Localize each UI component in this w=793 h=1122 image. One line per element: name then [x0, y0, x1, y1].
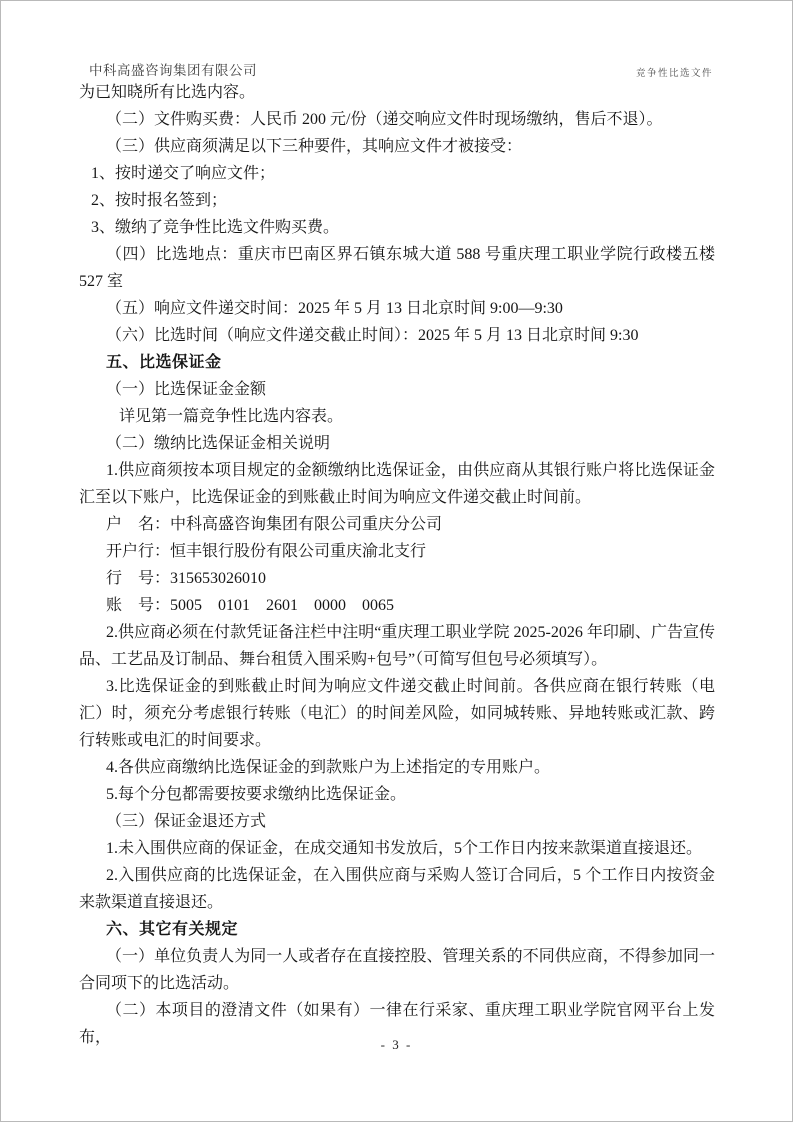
clause-item-6-selection-time: （六）比选时间（响应文件递交截止时间）：2025 年 5 月 13 日北京时间 … — [79, 322, 715, 349]
body-paragraph-continuation: 为已知晓所有比选内容。 — [79, 79, 715, 106]
deposit-note-3: 3.比选保证金的到账截止时间为响应文件递交截止时间前。各供应商在银行转账（电汇）… — [79, 673, 715, 754]
section-heading-5-deposit: 五、比选保证金 — [79, 349, 715, 376]
other-rule-1: （一）单位负责人为同一人或者存在直接控股、管理关系的不同供应商，不得参加同一合同… — [79, 943, 715, 997]
bank-branch-line: 开户行：恒丰银行股份有限公司重庆渝北支行 — [79, 538, 715, 565]
subclause-1-deposit-amount: （一）比选保证金金额 — [79, 376, 715, 403]
bank-number-line: 行 号：315653026010 — [79, 565, 715, 592]
clause-item-2-document-fee: （二）文件购买费：人民币 200 元/份（递交响应文件时现场缴纳，售后不退）。 — [79, 106, 715, 133]
page-header: 中科高盛咨询集团有限公司 竞争性比选文件 — [89, 59, 713, 79]
document-page: 中科高盛咨询集团有限公司 竞争性比选文件 为已知晓所有比选内容。 （二）文件购买… — [0, 0, 793, 1122]
account-number-line: 账 号：5005 0101 2601 0000 0065 — [79, 592, 715, 619]
page-number-label: - 3 - — [381, 1037, 413, 1052]
list-item-3: 3、缴纳了竞争性比选文件购买费。 — [79, 214, 715, 241]
subclause-2-deposit-payment-notes: （二）缴纳比选保证金相关说明 — [79, 430, 715, 457]
header-document-type: 竞争性比选文件 — [636, 65, 713, 79]
deposit-note-1: 1.供应商须按本项目规定的金额缴纳比选保证金，由供应商从其银行账户将比选保证金汇… — [79, 457, 715, 511]
deposit-note-2: 2.供应商必须在付款凭证备注栏中注明“重庆理工职业学院 2025-2026 年印… — [79, 619, 715, 673]
refund-note-2: 2.入围供应商的比选保证金，在入围供应商与采购人签订合同后，5 个工作日内按资金… — [79, 862, 715, 916]
bank-account-name-line: 户 名：中科高盛咨询集团有限公司重庆分公司 — [79, 511, 715, 538]
header-company-name: 中科高盛咨询集团有限公司 — [89, 59, 257, 79]
list-item-1: 1、按时递交了响应文件； — [79, 160, 715, 187]
section-heading-6-other-rules: 六、其它有关规定 — [79, 916, 715, 943]
page-number-footer: - 3 - — [1, 1037, 792, 1053]
deposit-amount-reference: 详见第一篇竞争性比选内容表。 — [79, 403, 715, 430]
deposit-note-5: 5.每个分包都需要按要求缴纳比选保证金。 — [79, 781, 715, 808]
list-item-2: 2、按时报名签到； — [79, 187, 715, 214]
clause-item-4-location: （四）比选地点：重庆市巴南区界石镇东城大道 588 号重庆理工职业学院行政楼五楼… — [79, 241, 715, 295]
clause-item-3-requirements: （三）供应商须满足以下三种要件，其响应文件才被接受： — [79, 133, 715, 160]
subclause-3-deposit-refund: （三）保证金退还方式 — [79, 808, 715, 835]
deposit-note-4: 4.各供应商缴纳比选保证金的到款账户为上述指定的专用账户。 — [79, 754, 715, 781]
refund-note-1: 1.未入围供应商的保证金，在成交通知书发放后，5个工作日内按来款渠道直接退还。 — [79, 835, 715, 862]
clause-item-5-submission-time: （五）响应文件递交时间：2025 年 5 月 13 日北京时间 9:00—9:3… — [79, 295, 715, 322]
document-body: 为已知晓所有比选内容。 （二）文件购买费：人民币 200 元/份（递交响应文件时… — [79, 79, 715, 1051]
